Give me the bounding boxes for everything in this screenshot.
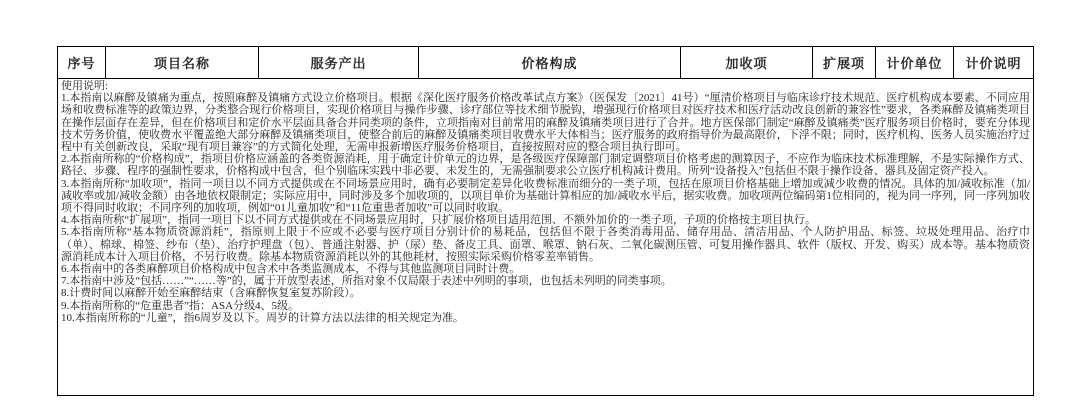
usage-notes-title: 使用说明:	[61, 80, 1030, 92]
usage-note-3: 3.本指南所称“加收项”，指同一项目以不同方式提供或在不同场景应用时，确有必要制…	[61, 178, 1030, 215]
usage-notes-cell: 使用说明: 1.本指南以麻醉及镇痛为重点，按照麻醉及镇痛方式设立价格项目。根据《…	[58, 79, 1034, 396]
table-header-row: 序号 项目名称 服务产出 价格构成 加收项 扩展项 计价单位 计价说明	[58, 47, 1034, 79]
usage-note-5: 5.本指南所称“基本物质资源消耗”，指原则上限于不应或不必要与医疗项目分别计价的…	[61, 226, 1030, 263]
pricing-guide-table: 序号 项目名称 服务产出 价格构成 加收项 扩展项 计价单位 计价说明 使用说明…	[57, 46, 1034, 396]
usage-note-7: 7.本指南中涉及“包括……”“……等”的，属于开放型表述，所指对象不仅局限于表述…	[61, 275, 1030, 287]
col-header-surcharge-item: 加收项	[681, 47, 813, 79]
col-header-pricing-note: 计价说明	[954, 47, 1034, 79]
usage-note-1: 1.本指南以麻醉及镇痛为重点，按照麻醉及镇痛方式设立价格项目。根据《深化医疗服务…	[61, 92, 1030, 153]
col-header-pricing-unit: 计价单位	[876, 47, 954, 79]
document-page: 序号 项目名称 服务产出 价格构成 加收项 扩展项 计价单位 计价说明 使用说明…	[0, 0, 1080, 412]
col-header-price-composition: 价格构成	[419, 47, 681, 79]
usage-note-9: 9.本指南所称的“危重患者”指：ASA分级4、5级。	[61, 300, 1030, 312]
col-header-extension-item: 扩展项	[813, 47, 876, 79]
col-header-service-output: 服务产出	[259, 47, 419, 79]
usage-note-8: 8.计费时间以麻醉开始至麻醉结束（含麻醉恢复室复苏阶段）。	[61, 287, 1030, 299]
usage-note-4: 4.本指南所称“扩展项”，指同一项目下以不同方式提供或在不同场景应用时，只扩展价…	[61, 214, 1030, 226]
usage-note-10: 10.本指南所称的“儿童”，指6周岁及以下。周岁的计算方法以法律的相关规定为准。	[61, 312, 1030, 324]
usage-note-6: 6.本指南中的各类麻醉项目价格构成中包含术中各类监测成本，不得与其他监测项目同时…	[61, 263, 1030, 275]
col-header-project-name: 项目名称	[106, 47, 259, 79]
col-header-sequence-number: 序号	[58, 47, 106, 79]
usage-note-2: 2.本指南所称的“价格构成”，指项目价格应涵盖的各类资源消耗，用于确定计价单元的…	[61, 153, 1030, 177]
usage-notes-row: 使用说明: 1.本指南以麻醉及镇痛为重点，按照麻醉及镇痛方式设立价格项目。根据《…	[58, 79, 1034, 396]
